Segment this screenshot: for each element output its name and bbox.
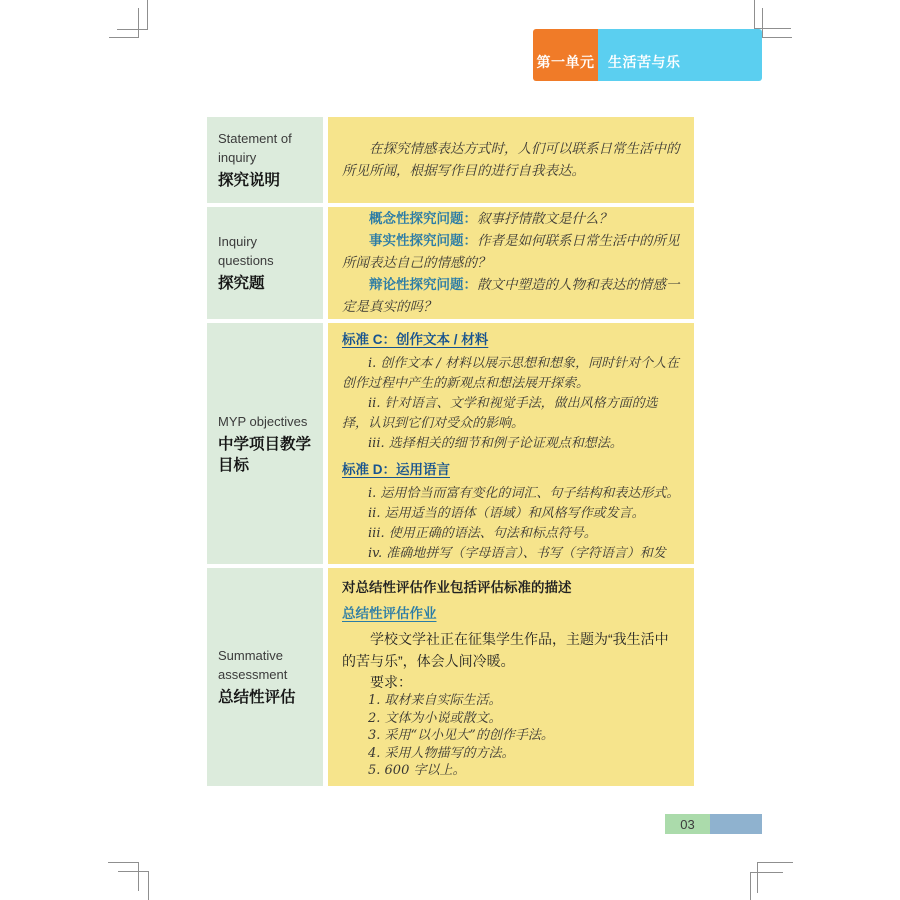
standard-c-heading: 标准 C：创作文本 / 材料 [342, 331, 680, 349]
row-label-en: Inquiry questions [218, 232, 315, 270]
requirement-item: 5. 600 字以上。 [342, 762, 680, 780]
crop-mark-top-right-inner [762, 8, 792, 38]
question-text: 叙事抒情散文是什么？ [477, 211, 612, 227]
question-label: 事实性探究问题： [369, 233, 477, 248]
assessment-task-text: 学校文学社正在征集学生作品，主题为“我生活中的苦与乐”，体会人间冷暖。 [342, 628, 680, 672]
row-label-summative-assessment: Summative assessment 总结性评估 [207, 568, 323, 786]
question-label: 辩论性探究问题： [369, 277, 477, 292]
row-label-en: Summative assessment [218, 646, 315, 684]
objective-item: i. 创作文本 / 材料以展示思想和想象，同时针对个人在创作过程中产生的新观点和… [342, 354, 680, 394]
objective-item: ii. 运用适当的语体（语域）和风格写作或发言。 [342, 504, 680, 524]
row-label-statement-of-inquiry: Statement of inquiry 探究说明 [207, 117, 323, 203]
objective-item: i. 运用恰当而富有变化的词汇、句子结构和表达形式。 [342, 484, 680, 504]
objective-item: iii. 使用正确的语法、句法和标点符号。 [342, 524, 680, 544]
unit-title-badge: 生活苦与乐 [598, 29, 762, 81]
requirement-item: 1. 取材来自实际生活。 [342, 692, 680, 710]
statement-of-inquiry-content: 在探究情感表达方式时，人们可以联系日常生活中的所见所闻，根据写作目的进行自我表达… [328, 117, 694, 203]
row-label-myp-objectives: MYP objectives 中学项目教学目标 [207, 323, 323, 564]
statement-paragraph: 在探究情感表达方式时，人们可以联系日常生活中的所见所闻，根据写作目的进行自我表达… [342, 138, 680, 182]
row-label-zh: 总结性评估 [218, 687, 315, 708]
requirements-label: 要求： [342, 672, 680, 692]
standard-d-heading: 标准 D：运用语言 [342, 461, 680, 479]
page-number: 03 [665, 814, 710, 834]
standard-c-items: i. 创作文本 / 材料以展示思想和想象，同时针对个人在创作过程中产生的新观点和… [342, 354, 680, 454]
summative-assessment-content: 对总结性评估作业包括评估标准的描述 总结性评估作业 学校文学社正在征集学生作品，… [328, 568, 694, 786]
footer-page-tag: 03 [665, 814, 762, 834]
footer-accent-bar [710, 814, 762, 834]
requirement-item: 3. 采用“以小见大”的创作手法。 [342, 727, 680, 745]
row-label-zh: 探究题 [218, 273, 315, 294]
assessment-task-heading: 总结性评估作业 [342, 604, 437, 624]
inquiry-questions-content: 概念性探究问题：叙事抒情散文是什么？ 事实性探究问题：作者是如何联系日常生活中的… [328, 207, 694, 319]
crop-mark-top-left-inner [109, 8, 139, 38]
unit-banner: 第一单元 生活苦与乐 [533, 29, 762, 81]
objective-item: iii. 选择相关的细节和例子论证观点和想法。 [342, 434, 680, 454]
question-debatable: 辩论性探究问题：散文中塑造的人物和表达的情感一定是真实的吗？ [342, 274, 680, 318]
crop-mark-bottom-right-inner [750, 872, 783, 900]
requirement-item: 2. 文体为小说或散文。 [342, 710, 680, 728]
requirement-item: 4. 采用人物描写的方法。 [342, 745, 680, 763]
unit-overview-table: Statement of inquiry 探究说明 在探究情感表达方式时，人们可… [207, 117, 694, 786]
unit-number-badge: 第一单元 [533, 29, 598, 81]
question-factual: 事实性探究问题：作者是如何联系日常生活中的所见所闻表达自己的情感的？ [342, 230, 680, 274]
row-label-zh: 探究说明 [218, 170, 315, 191]
question-label: 概念性探究问题： [369, 211, 477, 226]
crop-mark-bottom-left-inner [118, 871, 149, 900]
myp-objectives-content: 标准 C：创作文本 / 材料 i. 创作文本 / 材料以展示思想和想象，同时针对… [328, 323, 694, 564]
row-label-zh: 中学项目教学目标 [218, 434, 315, 476]
assessment-description-title: 对总结性评估作业包括评估标准的描述 [342, 578, 680, 598]
book-page: { "header": { "unit_label": "第一单元", "uni… [0, 0, 900, 900]
standard-d-items: i. 运用恰当而富有变化的词汇、句子结构和表达形式。 ii. 运用适当的语体（语… [342, 484, 680, 564]
requirements-list: 1. 取材来自实际生活。 2. 文体为小说或散文。 3. 采用“以小见大”的创作… [342, 692, 680, 780]
objective-item: ii. 针对语言、文学和视觉手法，做出风格方面的选择，认识到它们对受众的影响。 [342, 394, 680, 434]
row-label-en: MYP objectives [218, 412, 315, 431]
row-label-en: Statement of inquiry [218, 129, 315, 167]
question-conceptual: 概念性探究问题：叙事抒情散文是什么？ [342, 208, 680, 230]
objective-item: iv. 准确地拼写（字母语言）、书写（字符语言）和发音。 [342, 544, 680, 564]
row-label-inquiry-questions: Inquiry questions 探究题 [207, 207, 323, 319]
